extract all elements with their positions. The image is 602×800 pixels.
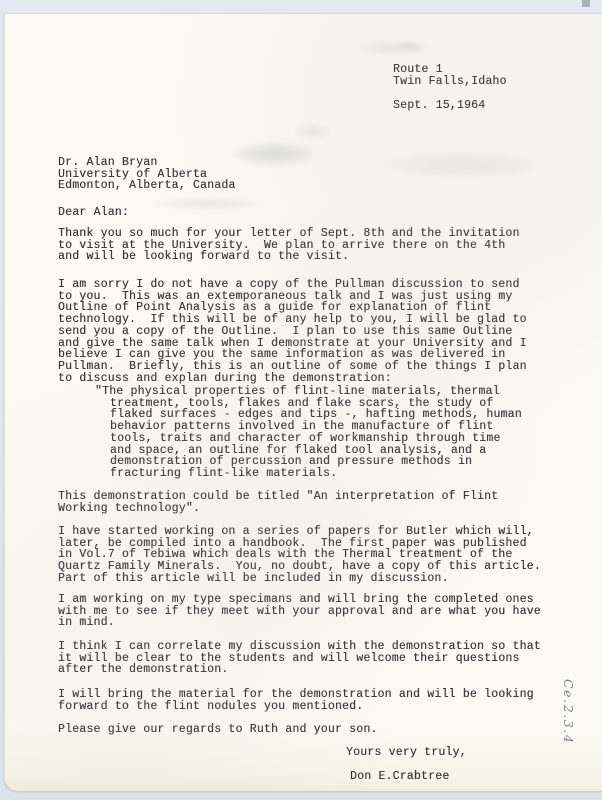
- paragraph-regards: Please give our regards to Ruth and your…: [58, 724, 378, 736]
- pencil-smudge: [397, 42, 423, 51]
- pencil-smudge: [381, 152, 541, 178]
- paragraph-pullman-outline: I am sorry I do not have a copy of the P…: [58, 279, 527, 384]
- pencil-smudge: [295, 124, 331, 139]
- salutation: Dear Alan:: [58, 207, 129, 219]
- signature-name: Don E.Crabtree: [350, 771, 449, 783]
- paragraph-demonstration-title: This demonstration could be titled "An i…: [58, 491, 498, 514]
- paragraph-correlate-discussion: I think I can correlate my discussion wi…: [58, 641, 541, 676]
- closing-line: Yours very truly,: [346, 747, 467, 759]
- letter-page: Route 1 Twin Falls,Idaho Sept. 15,1964 D…: [4, 13, 602, 791]
- paragraph-thanks: Thank you so much for your letter of Sep…: [58, 228, 520, 263]
- quoted-outline-block: "The physical properties of flint-line m…: [110, 386, 522, 480]
- pencil-smudge: [355, 40, 431, 55]
- scan-edge-notch: [582, 0, 590, 7]
- paragraph-demonstration-material: I will bring the material for the demons…: [58, 689, 534, 712]
- pencil-smudge: [233, 142, 317, 166]
- paragraph-butler-papers: I have started working on a series of pa…: [58, 526, 541, 585]
- date-line: Sept. 15,1964: [393, 100, 485, 112]
- sender-address: Route 1 Twin Falls,Idaho: [393, 64, 507, 87]
- scan-canvas: Route 1 Twin Falls,Idaho Sept. 15,1964 D…: [0, 0, 602, 800]
- paragraph-type-specimens: I am working on my type specimans and wi…: [58, 594, 541, 629]
- recipient-address: Dr. Alan Bryan University of Alberta Edm…: [58, 157, 236, 192]
- archival-annotation-handwritten: Ce.2.3.4: [561, 679, 576, 800]
- pencil-smudge: [149, 197, 265, 210]
